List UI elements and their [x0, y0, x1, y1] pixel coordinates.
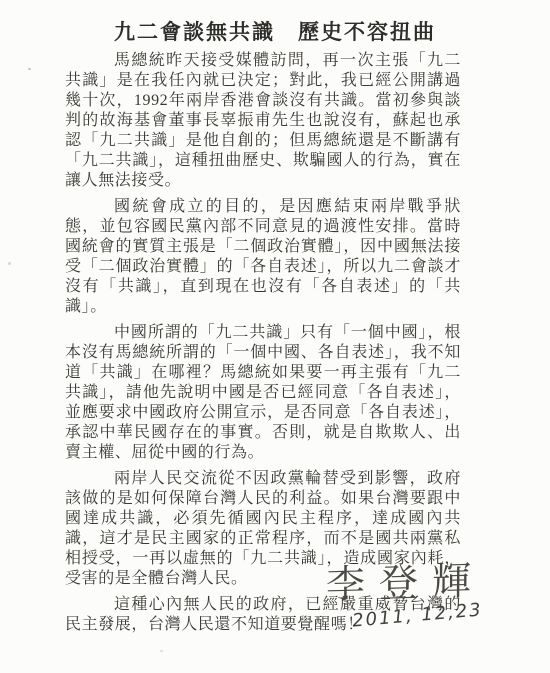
- document-title: 九二會談無共識 歷史不容扭曲: [0, 16, 550, 46]
- scan-speck: [160, 650, 163, 652]
- scanned-statement-page: 九二會談無共識 歷史不容扭曲 馬總統昨天接受媒體訪問，再一次主張「九二共識」是在…: [0, 0, 550, 673]
- scan-speck: [28, 68, 31, 70]
- paragraph-1: 馬總統昨天接受媒體訪問，再一次主張「九二共識」是在我任內就已決定；對此，我已經公…: [65, 51, 461, 191]
- paragraph-2: 國統會成立的目的，是因應結束兩岸戰爭狀態，並包容國民黨內部不同意見的過渡性安排。…: [65, 197, 461, 317]
- scan-speck: [8, 262, 11, 265]
- paragraph-3: 中國所謂的「九二共識」只有「一個中國」，根本沒有馬總統所謂的「一個中國、各自表述…: [65, 323, 461, 463]
- scan-speck: [66, 551, 68, 553]
